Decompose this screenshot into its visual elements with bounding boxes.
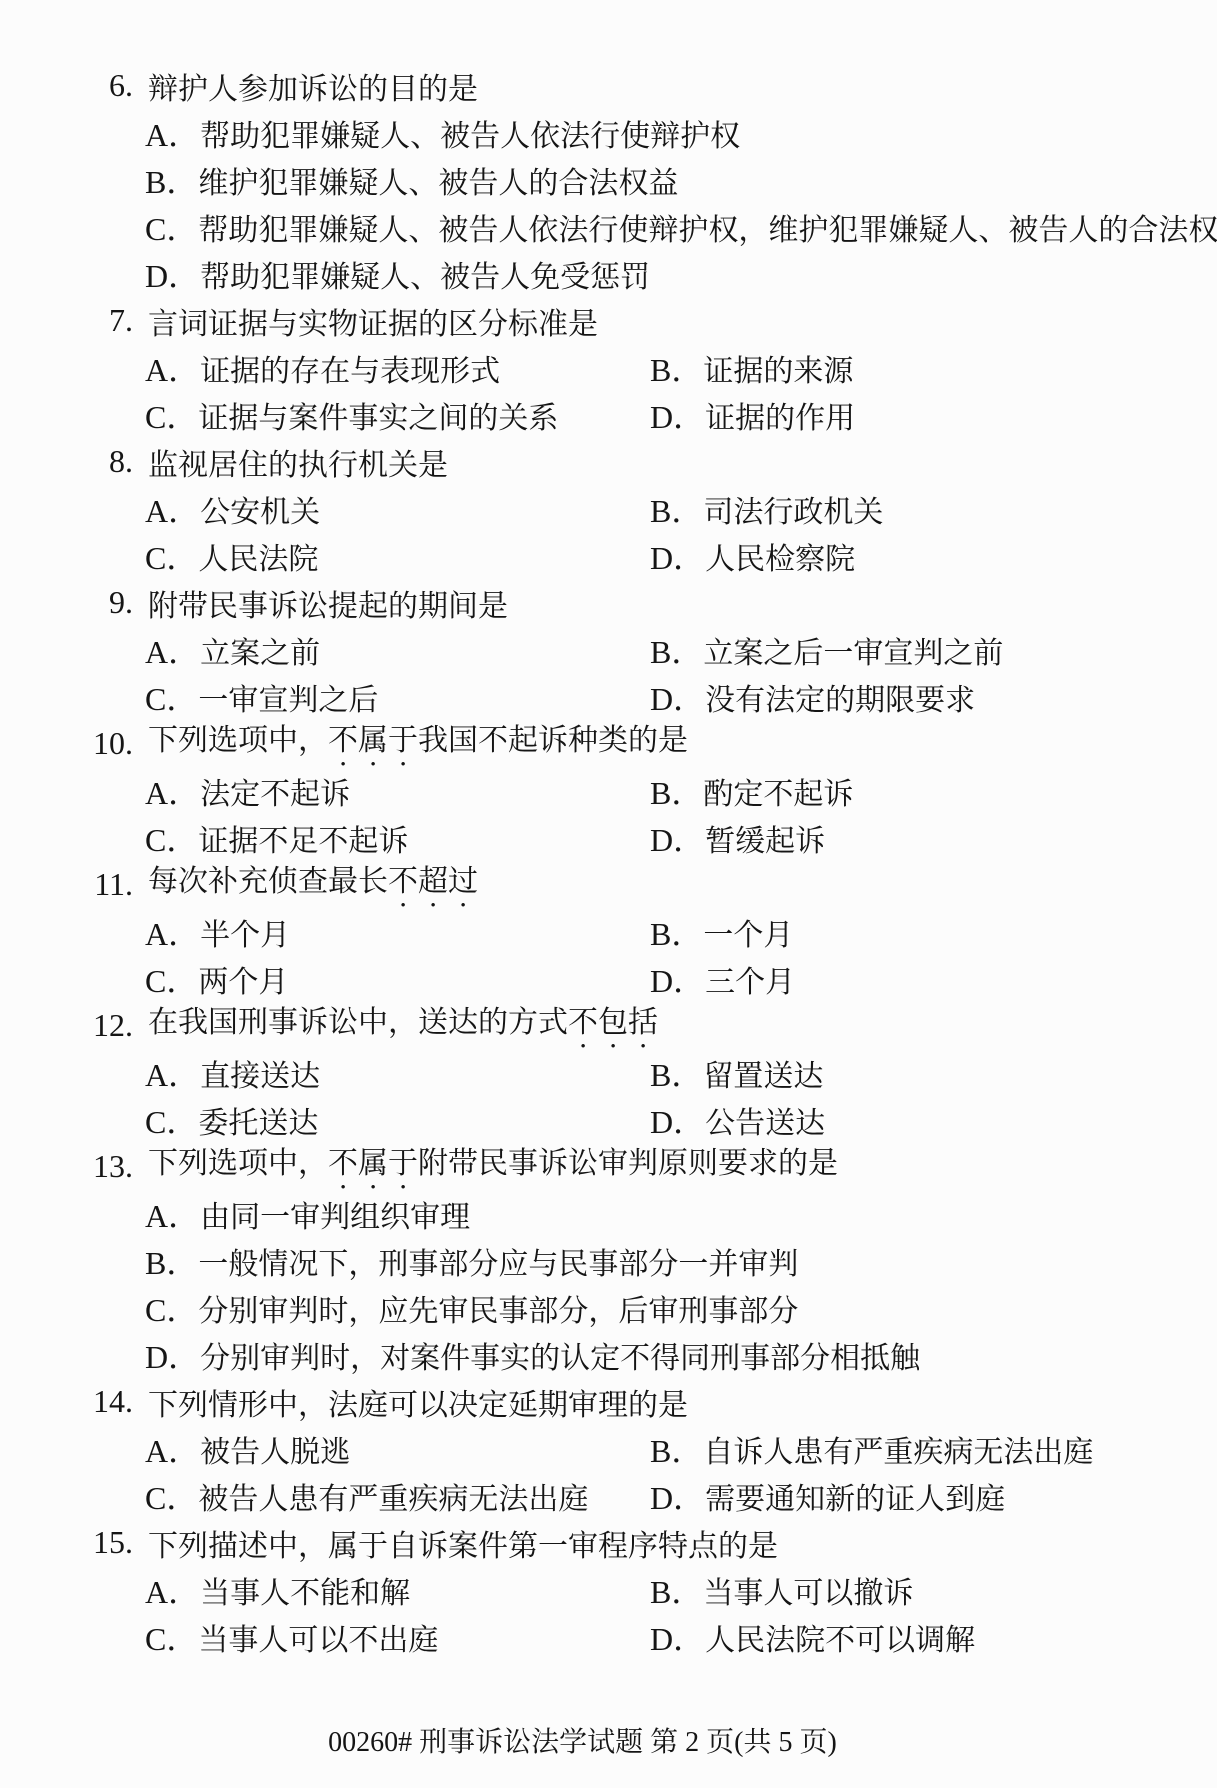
option-a: A．当事人不能和解	[145, 1567, 650, 1613]
option-b: B．留置送达	[650, 1050, 823, 1096]
option-text: 当事人可以不出庭	[198, 1615, 438, 1659]
option-b: B．酌定不起诉	[650, 768, 853, 814]
option-text: 公安机关	[200, 487, 320, 531]
question-text: 言词证据与实物证据的区分标准是	[148, 299, 598, 343]
question-number: 12.	[0, 1007, 133, 1044]
question-text-emphasis: 不属于	[328, 1147, 418, 1180]
option-row: C．委托送达D．公告送达	[145, 1096, 1217, 1143]
option-d: D．人民法院不可以调解	[650, 1614, 975, 1660]
option-text: 留置送达	[703, 1051, 823, 1095]
option-label: A．	[145, 1191, 200, 1237]
question-7: 7.言词证据与实物证据的区分标准是A．证据的存在与表现形式B．证据的来源C．证据…	[0, 297, 1217, 438]
option-text: 半个月	[200, 910, 290, 954]
option-c: C．人民法院	[145, 533, 650, 579]
option-text: 被告人脱逃	[200, 1427, 350, 1471]
option-a: A．法定不起诉	[145, 768, 650, 814]
question-text: 下列选项中，不属于附带民事诉讼审判原则要求的是	[148, 1138, 838, 1196]
question-text-emphasis: 不包括	[568, 1006, 658, 1039]
option-text: 三个月	[705, 957, 795, 1001]
footer-text: 00260# 刑事诉讼法学试题 第 2 页(共 5 页)	[328, 1727, 837, 1758]
question-number: 11.	[0, 866, 133, 903]
question-text-segment: 下列选项中，	[148, 1147, 328, 1180]
question-line: 12.在我国刑事诉讼中，送达的方式不包括	[0, 1002, 1217, 1049]
option-text: 没有法定的期限要求	[705, 675, 975, 719]
option-label: C．	[145, 815, 198, 861]
option-text: 证据不足不起诉	[198, 816, 408, 860]
option-label: D．	[650, 392, 705, 438]
question-6: 6.辩护人参加诉讼的目的是A．帮助犯罪嫌疑人、被告人依法行使辩护权B．维护犯罪嫌…	[0, 62, 1217, 297]
option-text: 自诉人患有严重疾病无法出庭	[703, 1427, 1093, 1471]
option-label: A．	[145, 486, 200, 532]
question-text: 每次补充侦查最长不超过	[148, 856, 478, 914]
option-a: A．证据的存在与表现形式	[145, 345, 650, 391]
question-line: 10.下列选项中，不属于我国不起诉种类的是	[0, 720, 1217, 767]
option-label: D．	[650, 1473, 705, 1519]
option-text: 分别审判时，对案件事实的认定不得同刑事部分相抵触	[200, 1333, 920, 1377]
question-line: 14.下列情形中，法庭可以决定延期审理的是	[0, 1378, 1217, 1425]
option-text: 一个月	[703, 910, 793, 954]
question-number: 15.	[0, 1524, 133, 1561]
option-label: D．	[650, 1097, 705, 1143]
option-text: 维护犯罪嫌疑人、被告人的合法权益	[198, 158, 678, 202]
option-text: 暂缓起诉	[705, 816, 825, 860]
option-b: B．一般情况下，刑事部分应与民事部分一并审判	[145, 1238, 798, 1284]
option-b: B．维护犯罪嫌疑人、被告人的合法权益	[145, 157, 678, 203]
option-a: A．由同一审判组织审理	[145, 1191, 470, 1237]
question-text-segment: 监视居住的执行机关是	[148, 449, 448, 482]
option-label: D．	[650, 674, 705, 720]
option-text: 被告人患有严重疾病无法出庭	[198, 1474, 588, 1518]
option-b: B．自诉人患有严重疾病无法出庭	[650, 1426, 1093, 1472]
option-row: A．被告人脱逃B．自诉人患有严重疾病无法出庭	[145, 1425, 1217, 1472]
option-text: 帮助犯罪嫌疑人、被告人依法行使辩护权，维护犯罪嫌疑人、被告人的合法权益	[198, 205, 1217, 249]
option-label: C．	[145, 956, 198, 1002]
option-text: 由同一审判组织审理	[200, 1192, 470, 1236]
option-label: B．	[650, 909, 703, 955]
option-label: D．	[650, 956, 705, 1002]
option-d: D．帮助犯罪嫌疑人、被告人免受惩罚	[145, 251, 650, 297]
option-text: 证据的来源	[703, 346, 853, 390]
option-text: 当事人可以撤诉	[703, 1568, 913, 1612]
option-label: C．	[145, 1614, 198, 1660]
question-number: 6.	[0, 67, 133, 104]
question-10: 10.下列选项中，不属于我国不起诉种类的是A．法定不起诉B．酌定不起诉C．证据不…	[0, 720, 1217, 861]
option-label: C．	[145, 1473, 198, 1519]
question-text-emphasis: 不属于	[328, 724, 418, 757]
question-line: 13.下列选项中，不属于附带民事诉讼审判原则要求的是	[0, 1143, 1217, 1190]
option-label: B．	[650, 1567, 703, 1613]
option-b: B．当事人可以撤诉	[650, 1567, 913, 1613]
question-number: 9.	[0, 584, 133, 621]
option-a: A．被告人脱逃	[145, 1426, 650, 1472]
option-text: 委托送达	[198, 1098, 318, 1142]
option-row: A．立案之前B．立案之后一审宣判之前	[145, 626, 1217, 673]
option-text: 证据的作用	[705, 393, 855, 437]
option-text: 直接送达	[200, 1051, 320, 1095]
question-number: 14.	[0, 1383, 133, 1420]
question-13: 13.下列选项中，不属于附带民事诉讼审判原则要求的是A．由同一审判组织审理B．一…	[0, 1143, 1217, 1378]
option-text: 一般情况下，刑事部分应与民事部分一并审判	[198, 1239, 798, 1283]
question-line: 8.监视居住的执行机关是	[0, 438, 1217, 485]
option-c: C．分别审判时，应先审民事部分，后审刑事部分	[145, 1285, 798, 1331]
option-a: A．立案之前	[145, 627, 650, 673]
question-text-segment: 附带民事诉讼提起的期间是	[148, 590, 508, 623]
option-label: D．	[145, 1332, 200, 1378]
question-text-segment: 下列描述中，属于自诉案件第一审程序特点的是	[148, 1530, 778, 1563]
option-text: 需要通知新的证人到庭	[705, 1474, 1005, 1518]
question-line: 11.每次补充侦查最长不超过	[0, 861, 1217, 908]
option-row: C．一审宣判之后D．没有法定的期限要求	[145, 673, 1217, 720]
option-d: D．证据的作用	[650, 392, 855, 438]
option-d: D．没有法定的期限要求	[650, 674, 975, 720]
option-text: 帮助犯罪嫌疑人、被告人免受惩罚	[200, 252, 650, 296]
question-line: 7.言词证据与实物证据的区分标准是	[0, 297, 1217, 344]
option-label: D．	[650, 533, 705, 579]
option-row: A．直接送达B．留置送达	[145, 1049, 1217, 1096]
option-text: 证据的存在与表现形式	[200, 346, 500, 390]
question-number: 10.	[0, 725, 133, 762]
option-text: 法定不起诉	[200, 769, 350, 813]
option-b: B．立案之后一审宣判之前	[650, 627, 1003, 673]
exam-page: 6.辩护人参加诉讼的目的是A．帮助犯罪嫌疑人、被告人依法行使辩护权B．维护犯罪嫌…	[0, 0, 1217, 1788]
option-a: A．帮助犯罪嫌疑人、被告人依法行使辩护权	[145, 110, 740, 156]
option-c: C．当事人可以不出庭	[145, 1614, 650, 1660]
question-text-segment: 在我国刑事诉讼中，送达的方式	[148, 1006, 568, 1039]
question-15: 15.下列描述中，属于自诉案件第一审程序特点的是A．当事人不能和解B．当事人可以…	[0, 1519, 1217, 1660]
option-label: A．	[145, 909, 200, 955]
option-c: C．证据与案件事实之间的关系	[145, 392, 650, 438]
option-d: D．公告送达	[650, 1097, 825, 1143]
question-12: 12.在我国刑事诉讼中，送达的方式不包括A．直接送达B．留置送达C．委托送达D．…	[0, 1002, 1217, 1143]
option-label: A．	[145, 345, 200, 391]
option-row: C．证据不足不起诉D．暂缓起诉	[145, 814, 1217, 861]
question-11: 11.每次补充侦查最长不超过A．半个月B．一个月C．两个月D．三个月	[0, 861, 1217, 1002]
option-label: B．	[145, 157, 198, 203]
option-row: C．被告人患有严重疾病无法出庭D．需要通知新的证人到庭	[145, 1472, 1217, 1519]
option-row: C．人民法院D．人民检察院	[145, 532, 1217, 579]
option-row: A．由同一审判组织审理	[145, 1190, 1217, 1237]
option-c: C．被告人患有严重疾病无法出庭	[145, 1473, 650, 1519]
option-c: C．委托送达	[145, 1097, 650, 1143]
option-row: B．一般情况下，刑事部分应与民事部分一并审判	[145, 1237, 1217, 1284]
option-text: 当事人不能和解	[200, 1568, 410, 1612]
question-text: 在我国刑事诉讼中，送达的方式不包括	[148, 997, 658, 1055]
question-8: 8.监视居住的执行机关是A．公安机关B．司法行政机关C．人民法院D．人民检察院	[0, 438, 1217, 579]
option-row: C．证据与案件事实之间的关系D．证据的作用	[145, 391, 1217, 438]
option-text: 分别审判时，应先审民事部分，后审刑事部分	[198, 1286, 798, 1330]
question-text-segment: 每次补充侦查最长	[148, 865, 388, 898]
option-text: 证据与案件事实之间的关系	[198, 393, 558, 437]
question-line: 15.下列描述中，属于自诉案件第一审程序特点的是	[0, 1519, 1217, 1566]
option-label: A．	[145, 110, 200, 156]
option-d: D．人民检察院	[650, 533, 855, 579]
option-d: D．分别审判时，对案件事实的认定不得同刑事部分相抵触	[145, 1332, 920, 1378]
option-row: C．帮助犯罪嫌疑人、被告人依法行使辩护权，维护犯罪嫌疑人、被告人的合法权益	[145, 203, 1217, 250]
question-text-segment: 言词证据与实物证据的区分标准是	[148, 308, 598, 341]
option-label: C．	[145, 533, 198, 579]
option-label: B．	[650, 345, 703, 391]
option-row: C．分别审判时，应先审民事部分，后审刑事部分	[145, 1284, 1217, 1331]
option-d: D．暂缓起诉	[650, 815, 825, 861]
option-d: D．三个月	[650, 956, 795, 1002]
question-list: 6.辩护人参加诉讼的目的是A．帮助犯罪嫌疑人、被告人依法行使辩护权B．维护犯罪嫌…	[0, 62, 1217, 1660]
question-text-segment: 附带民事诉讼审判原则要求的是	[418, 1147, 838, 1180]
option-row: D．分别审判时，对案件事实的认定不得同刑事部分相抵触	[145, 1331, 1217, 1378]
question-text: 辩护人参加诉讼的目的是	[148, 64, 478, 108]
option-label: B．	[650, 768, 703, 814]
option-row: A．当事人不能和解B．当事人可以撤诉	[145, 1566, 1217, 1613]
question-text: 监视居住的执行机关是	[148, 440, 448, 484]
option-row: A．半个月B．一个月	[145, 908, 1217, 955]
option-label: D．	[650, 1614, 705, 1660]
question-line: 9.附带民事诉讼提起的期间是	[0, 579, 1217, 626]
option-b: B．证据的来源	[650, 345, 853, 391]
question-9: 9.附带民事诉讼提起的期间是A．立案之前B．立案之后一审宣判之前C．一审宣判之后…	[0, 579, 1217, 720]
option-text: 人民法院	[198, 534, 318, 578]
option-text: 人民法院不可以调解	[705, 1615, 975, 1659]
question-text-segment: 下列选项中，	[148, 724, 328, 757]
option-row: C．两个月D．三个月	[145, 955, 1217, 1002]
question-14: 14.下列情形中，法庭可以决定延期审理的是A．被告人脱逃B．自诉人患有严重疾病无…	[0, 1378, 1217, 1519]
option-label: B．	[145, 1238, 198, 1284]
question-text-segment: 辩护人参加诉讼的目的是	[148, 73, 478, 106]
question-number: 7.	[0, 302, 133, 339]
option-a: A．半个月	[145, 909, 650, 955]
option-row: B．维护犯罪嫌疑人、被告人的合法权益	[145, 156, 1217, 203]
option-label: A．	[145, 768, 200, 814]
option-c: C．证据不足不起诉	[145, 815, 650, 861]
question-line: 6.辩护人参加诉讼的目的是	[0, 62, 1217, 109]
option-d: D．需要通知新的证人到庭	[650, 1473, 1005, 1519]
option-text: 司法行政机关	[703, 487, 883, 531]
option-row: A．证据的存在与表现形式B．证据的来源	[145, 344, 1217, 391]
option-label: D．	[650, 815, 705, 861]
option-row: A．帮助犯罪嫌疑人、被告人依法行使辩护权	[145, 109, 1217, 156]
option-text: 酌定不起诉	[703, 769, 853, 813]
option-label: C．	[145, 1285, 198, 1331]
question-text-segment: 下列情形中，法庭可以决定延期审理的是	[148, 1389, 688, 1422]
question-text: 下列选项中，不属于我国不起诉种类的是	[148, 715, 688, 773]
question-text: 附带民事诉讼提起的期间是	[148, 581, 508, 625]
option-label: D．	[145, 251, 200, 297]
option-text: 一审宣判之后	[198, 675, 378, 719]
option-c: C．帮助犯罪嫌疑人、被告人依法行使辩护权，维护犯罪嫌疑人、被告人的合法权益	[145, 204, 1217, 250]
option-b: B．一个月	[650, 909, 793, 955]
option-text: 帮助犯罪嫌疑人、被告人依法行使辩护权	[200, 111, 740, 155]
option-label: A．	[145, 1567, 200, 1613]
option-label: B．	[650, 1426, 703, 1472]
question-text-emphasis: 不超过	[388, 865, 478, 898]
option-row: A．公安机关B．司法行政机关	[145, 485, 1217, 532]
option-label: C．	[145, 674, 198, 720]
option-text: 两个月	[198, 957, 288, 1001]
option-a: A．直接送达	[145, 1050, 650, 1096]
question-text-segment: 我国不起诉种类的是	[418, 724, 688, 757]
option-label: A．	[145, 1050, 200, 1096]
option-text: 立案之后一审宣判之前	[703, 628, 1003, 672]
option-label: A．	[145, 627, 200, 673]
option-c: C．两个月	[145, 956, 650, 1002]
option-row: A．法定不起诉B．酌定不起诉	[145, 767, 1217, 814]
page-footer: 00260# 刑事诉讼法学试题 第 2 页(共 5 页)	[0, 1720, 1191, 1760]
option-text: 公告送达	[705, 1098, 825, 1142]
option-c: C．一审宣判之后	[145, 674, 650, 720]
option-a: A．公安机关	[145, 486, 650, 532]
option-label: A．	[145, 1426, 200, 1472]
option-label: B．	[650, 486, 703, 532]
option-label: C．	[145, 204, 198, 250]
option-text: 人民检察院	[705, 534, 855, 578]
option-row: C．当事人可以不出庭D．人民法院不可以调解	[145, 1613, 1217, 1660]
option-label: C．	[145, 1097, 198, 1143]
option-label: C．	[145, 392, 198, 438]
question-number: 8.	[0, 443, 133, 480]
question-text: 下列描述中，属于自诉案件第一审程序特点的是	[148, 1521, 778, 1565]
option-label: B．	[650, 1050, 703, 1096]
option-label: B．	[650, 627, 703, 673]
option-text: 立案之前	[200, 628, 320, 672]
question-text: 下列情形中，法庭可以决定延期审理的是	[148, 1380, 688, 1424]
question-number: 13.	[0, 1148, 133, 1185]
option-b: B．司法行政机关	[650, 486, 883, 532]
option-row: D．帮助犯罪嫌疑人、被告人免受惩罚	[145, 250, 1217, 297]
